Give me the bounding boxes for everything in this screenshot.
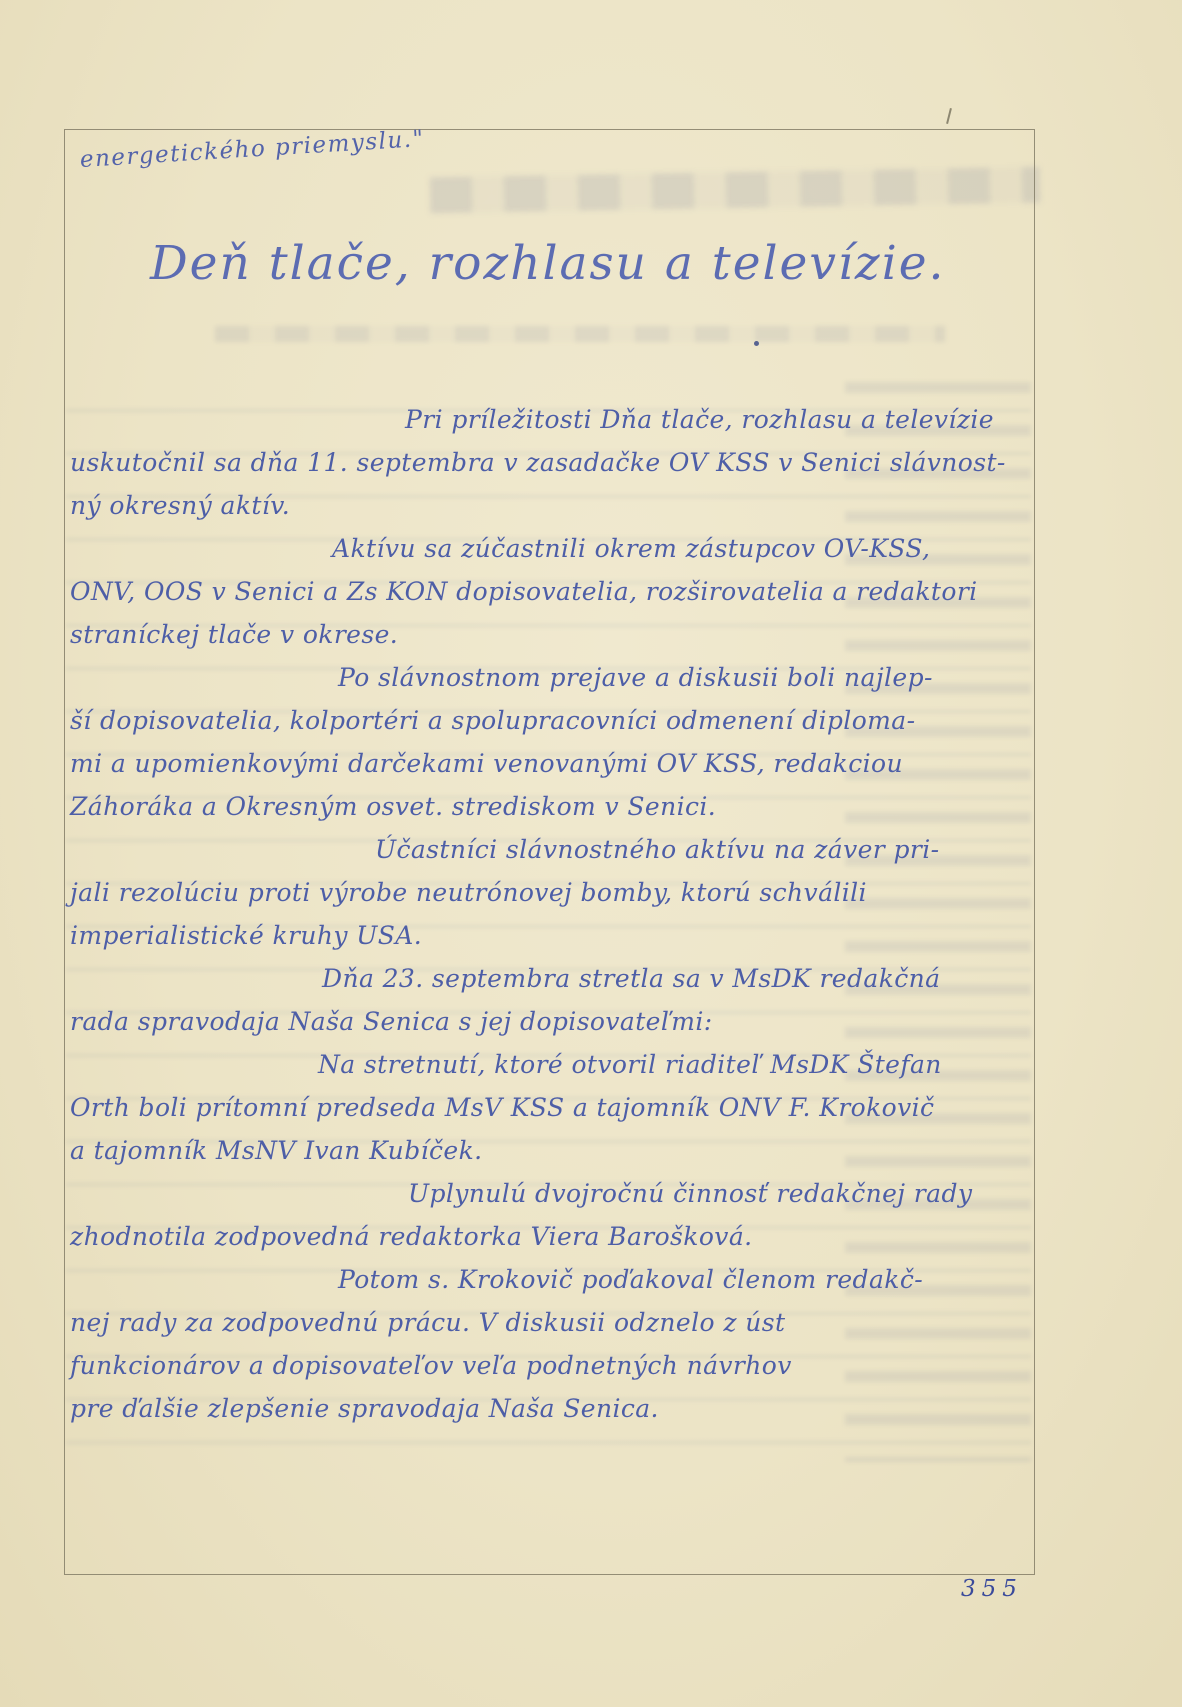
text-line: a tajomník MsNV Ivan Kubíček. (70, 1129, 990, 1172)
paragraph: Účastníci slávnostného aktívu na záver p… (70, 828, 990, 957)
text-line: ný okresný aktív. (70, 484, 990, 527)
paragraph: Aktívu sa zúčastnili okrem zástupcov OV-… (70, 527, 990, 656)
text-line: ší dopisovatelia, kolportéri a spoluprac… (70, 699, 990, 742)
text-line: Účastníci slávnostného aktívu na záver p… (70, 828, 990, 871)
paragraph: Dňa 23. septembra stretla sa v MsDK reda… (70, 957, 990, 1043)
paragraph: Potom s. Krokovič poďakoval členom redak… (70, 1258, 990, 1430)
text-line: mi a upomienkovými darčekami venovanými … (70, 742, 990, 785)
text-line: Pri príležitosti Dňa tlače, rozhlasu a t… (70, 398, 990, 441)
text-line: rada spravodaja Naša Senica s jej dopiso… (70, 1000, 990, 1043)
text-line: Aktívu sa zúčastnili okrem zástupcov OV-… (70, 527, 990, 570)
page-number: 355 (961, 1576, 1023, 1602)
text-line: straníckej tlače v okrese. (70, 613, 990, 656)
text-line: Orth boli prítomní predseda MsV KSS a ta… (70, 1086, 990, 1129)
text-line: pre ďalšie zlepšenie spravodaja Naša Sen… (70, 1387, 990, 1430)
body-text: Pri príležitosti Dňa tlače, rozhlasu a t… (70, 398, 990, 1430)
paragraph: Na stretnutí, ktoré otvoril riaditeľ MsD… (70, 1043, 990, 1172)
text-line: funkcionárov a dopisovateľov veľa podnet… (70, 1344, 990, 1387)
paragraph: Uplynulú dvojročnú činnosť redakčnej rad… (70, 1172, 990, 1258)
text-line: Potom s. Krokovič poďakoval členom redak… (70, 1258, 990, 1301)
text-line: uskutočnil sa dňa 11. septembra v zasada… (70, 441, 990, 484)
text-line: jali rezolúciu proti výrobe neutrónovej … (70, 871, 990, 914)
text-line: ONV, OOS v Senici a Zs KON dopisovatelia… (70, 570, 990, 613)
text-line: nej rady za zodpovednú prácu. V diskusii… (70, 1301, 990, 1344)
page-title: Deň tlače, rozhlasu a televízie. (150, 236, 945, 291)
chronicle-page: energetického priemyslu." Deň tlače, roz… (0, 0, 1182, 1707)
text-line: Na stretnutí, ktoré otvoril riaditeľ MsD… (70, 1043, 990, 1086)
text-line: Dňa 23. septembra stretla sa v MsDK reda… (70, 957, 990, 1000)
text-line: Záhoráka a Okresným osvet. strediskom v … (70, 785, 990, 828)
text-line: Uplynulú dvojročnú činnosť redakčnej rad… (70, 1172, 990, 1215)
text-line: imperialistické kruhy USA. (70, 914, 990, 957)
paragraph: Pri príležitosti Dňa tlače, rozhlasu a t… (70, 398, 990, 527)
ink-dot (754, 341, 759, 346)
text-line: zhodnotila zodpovedná redaktorka Viera B… (70, 1215, 990, 1258)
text-line: Po slávnostnom prejave a diskusii boli n… (70, 656, 990, 699)
pen-stray-mark (946, 108, 952, 124)
paragraph: Po slávnostnom prejave a diskusii boli n… (70, 656, 990, 828)
